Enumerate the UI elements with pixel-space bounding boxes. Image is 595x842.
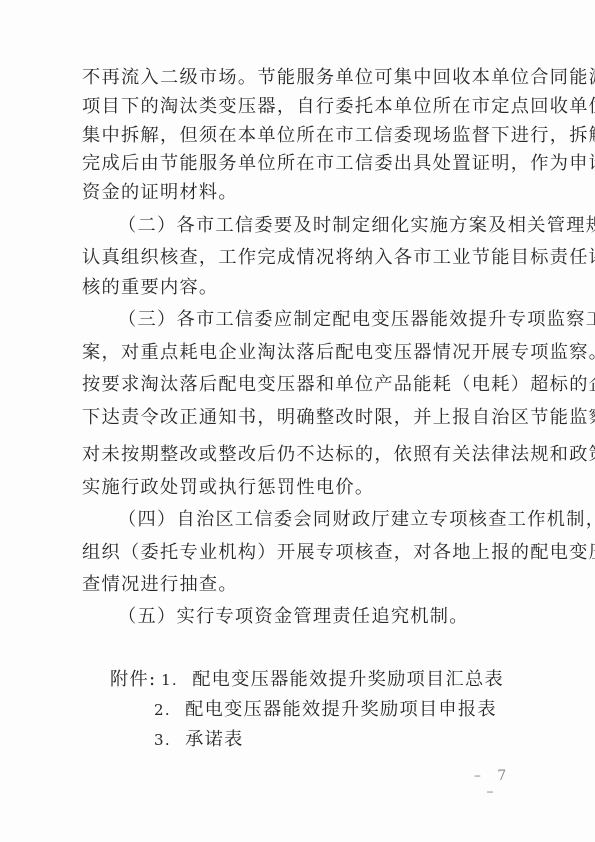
- paragraph-line: 组织（委托专业机构）开展专项核查，对各地上报的配电变压器核: [82, 541, 518, 565]
- paragraph-line: 不再流入二级市场。节能服务单位可集中回收本单位合同能源管理: [82, 66, 518, 90]
- paragraph-line: 资金的证明材料。: [82, 181, 518, 205]
- paragraph-line: 实施行政处罚或执行惩罚性电价。: [82, 476, 518, 500]
- attachment-item-2: 2. 配电变压器能效提升奖励项目申报表: [154, 698, 497, 722]
- attachment-title: 配电变压器能效提升奖励项目申报表: [185, 699, 497, 720]
- paragraph-line: 核的重要内容。: [82, 276, 518, 300]
- paragraph-line: 认真组织核查，工作完成情况将纳入各市工业节能目标责任评价考: [82, 246, 518, 270]
- attachment-title: 配电变压器能效提升奖励项目汇总表: [192, 669, 504, 690]
- paragraph-line: 下达责令改正通知书，明确整改时限，并上报自治区节能监察中心；: [82, 406, 518, 430]
- attachment-number: 1.: [161, 668, 185, 692]
- section-item-4-heading-line: （四）自治区工信委会同财政厅建立专项核查工作机制，每年: [118, 508, 518, 532]
- paragraph-line: 集中拆解，但须在本单位所在市工信委现场监督下进行，拆解过程: [82, 124, 518, 148]
- paragraph-line: 按要求淘汰落后配电变压器和单位产品能耗（电耗）超标的企业，: [82, 373, 518, 397]
- attachment-item-1: 附件: 1. 配电变压器能效提升奖励项目汇总表: [110, 668, 504, 692]
- paragraph-line: 项目下的淘汰类变压器，自行委托本单位所在市定点回收单位定期: [82, 95, 518, 119]
- paragraph-line: 案，对重点耗电企业淘汰落后配电变压器情况开展专项监察。对未: [82, 341, 518, 365]
- section-item-5-heading-line: （五）实行专项资金管理责任追究机制。: [118, 605, 518, 629]
- attachments-label: 附件:: [110, 668, 154, 692]
- attachment-item-3: 3. 承诺表: [154, 728, 244, 752]
- attachment-number: 3.: [154, 728, 178, 752]
- paragraph-line: 查情况进行抽查。: [82, 573, 518, 597]
- attachment-title: 承诺表: [185, 729, 243, 750]
- page-number: – 7 –: [468, 768, 518, 800]
- paragraph-line: 完成后由节能服务单位所在市工信委出具处置证明，作为申请补贴: [82, 152, 518, 176]
- section-item-2-heading-line: （二）各市工信委要及时制定细化实施方案及相关管理规范，: [118, 214, 518, 238]
- section-item-3-heading-line: （三）各市工信委应制定配电变压器能效提升专项监察工作方: [118, 308, 518, 332]
- paragraph-line: 对未按期整改或整改后仍不达标的，依照有关法律法规和政策规定，: [82, 443, 518, 467]
- attachment-number: 2.: [154, 698, 178, 722]
- document-page: 不再流入二级市场。节能服务单位可集中回收本单位合同能源管理 项目下的淘汰类变压器…: [0, 0, 595, 842]
